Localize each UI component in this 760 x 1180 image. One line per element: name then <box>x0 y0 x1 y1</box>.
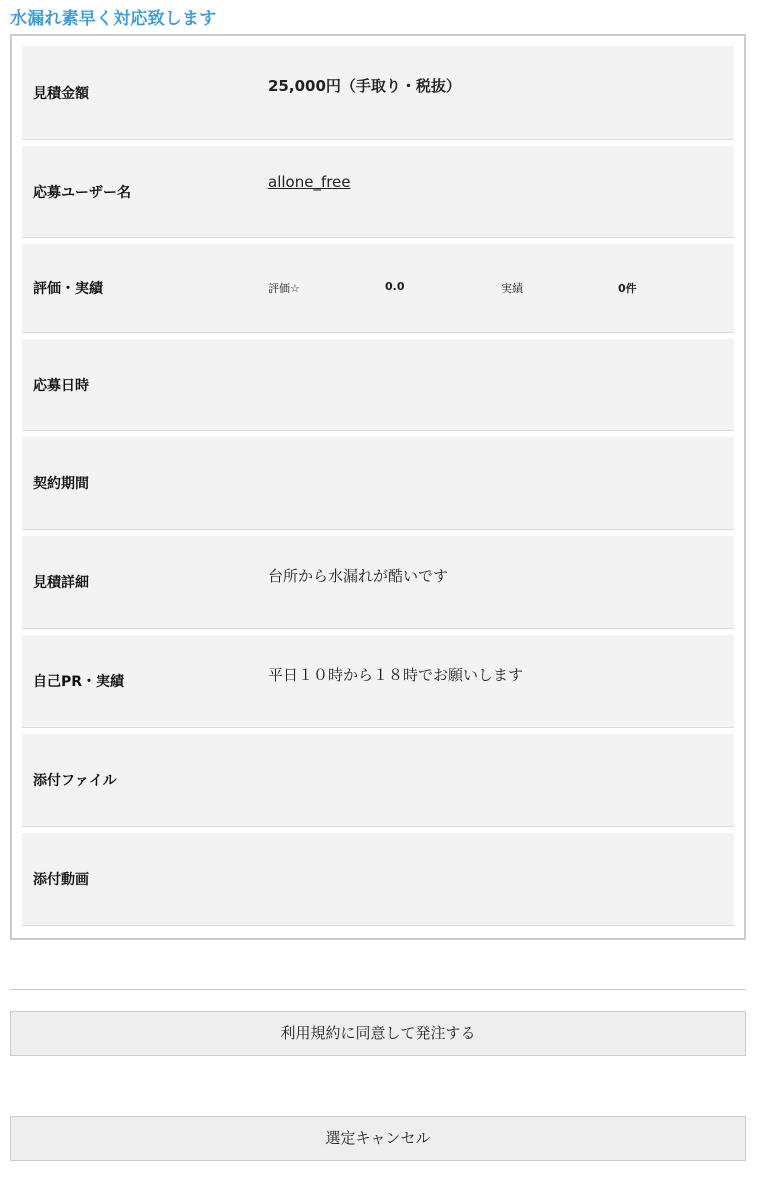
row-label: 添付動画 <box>33 869 89 889</box>
row-self-pr: 自己PR・実績 平日１０時から１８時でお願いします <box>22 635 734 728</box>
rating-value: 0.0 <box>385 280 405 293</box>
divider <box>10 989 746 990</box>
row-applied-at: 応募日時 <box>22 339 734 431</box>
rating-record-group: 評価☆ 0.0 実績 0件 <box>268 280 728 296</box>
row-attached-file: 添付ファイル <box>22 734 734 827</box>
cancel-selection-button[interactable]: 選定キャンセル <box>10 1116 746 1161</box>
self-pr-value: 平日１０時から１８時でお願いします <box>268 664 523 685</box>
rating-label: 評価☆ <box>268 280 300 296</box>
estimate-amount-value: 25,000円（手取り・税抜） <box>268 75 461 96</box>
row-label: 応募日時 <box>33 375 89 395</box>
row-contract-period: 契約期間 <box>22 437 734 530</box>
row-label: 見積金額 <box>33 83 89 103</box>
row-label: 添付ファイル <box>33 770 117 790</box>
row-estimate-amount: 見積金額 25,000円（手取り・税抜） <box>22 46 734 140</box>
applicant-user-link[interactable]: allone_free <box>268 173 351 191</box>
row-label: 評価・実績 <box>33 278 103 298</box>
row-label: 契約期間 <box>33 473 89 493</box>
row-label: 応募ユーザー名 <box>33 182 131 202</box>
page-title: 水漏れ素早く対応致します <box>10 8 216 30</box>
record-value: 0件 <box>618 280 637 296</box>
estimate-detail-panel: 見積金額 25,000円（手取り・税抜） 応募ユーザー名 allone_free… <box>10 34 746 940</box>
row-rating-record: 評価・実績 評価☆ 0.0 実績 0件 <box>22 244 734 333</box>
row-label: 自己PR・実績 <box>33 671 124 691</box>
agree-and-order-button[interactable]: 利用規約に同意して発注する <box>10 1011 746 1056</box>
row-label: 見積詳細 <box>33 572 89 592</box>
estimate-detail-value: 台所から水漏れが酷いです <box>268 565 448 586</box>
detail-rows: 見積金額 25,000円（手取り・税抜） 応募ユーザー名 allone_free… <box>22 46 734 932</box>
record-label: 実績 <box>501 280 523 296</box>
row-estimate-detail: 見積詳細 台所から水漏れが酷いです <box>22 536 734 629</box>
row-applicant-user: 応募ユーザー名 allone_free <box>22 146 734 238</box>
row-attached-video: 添付動画 <box>22 833 734 926</box>
